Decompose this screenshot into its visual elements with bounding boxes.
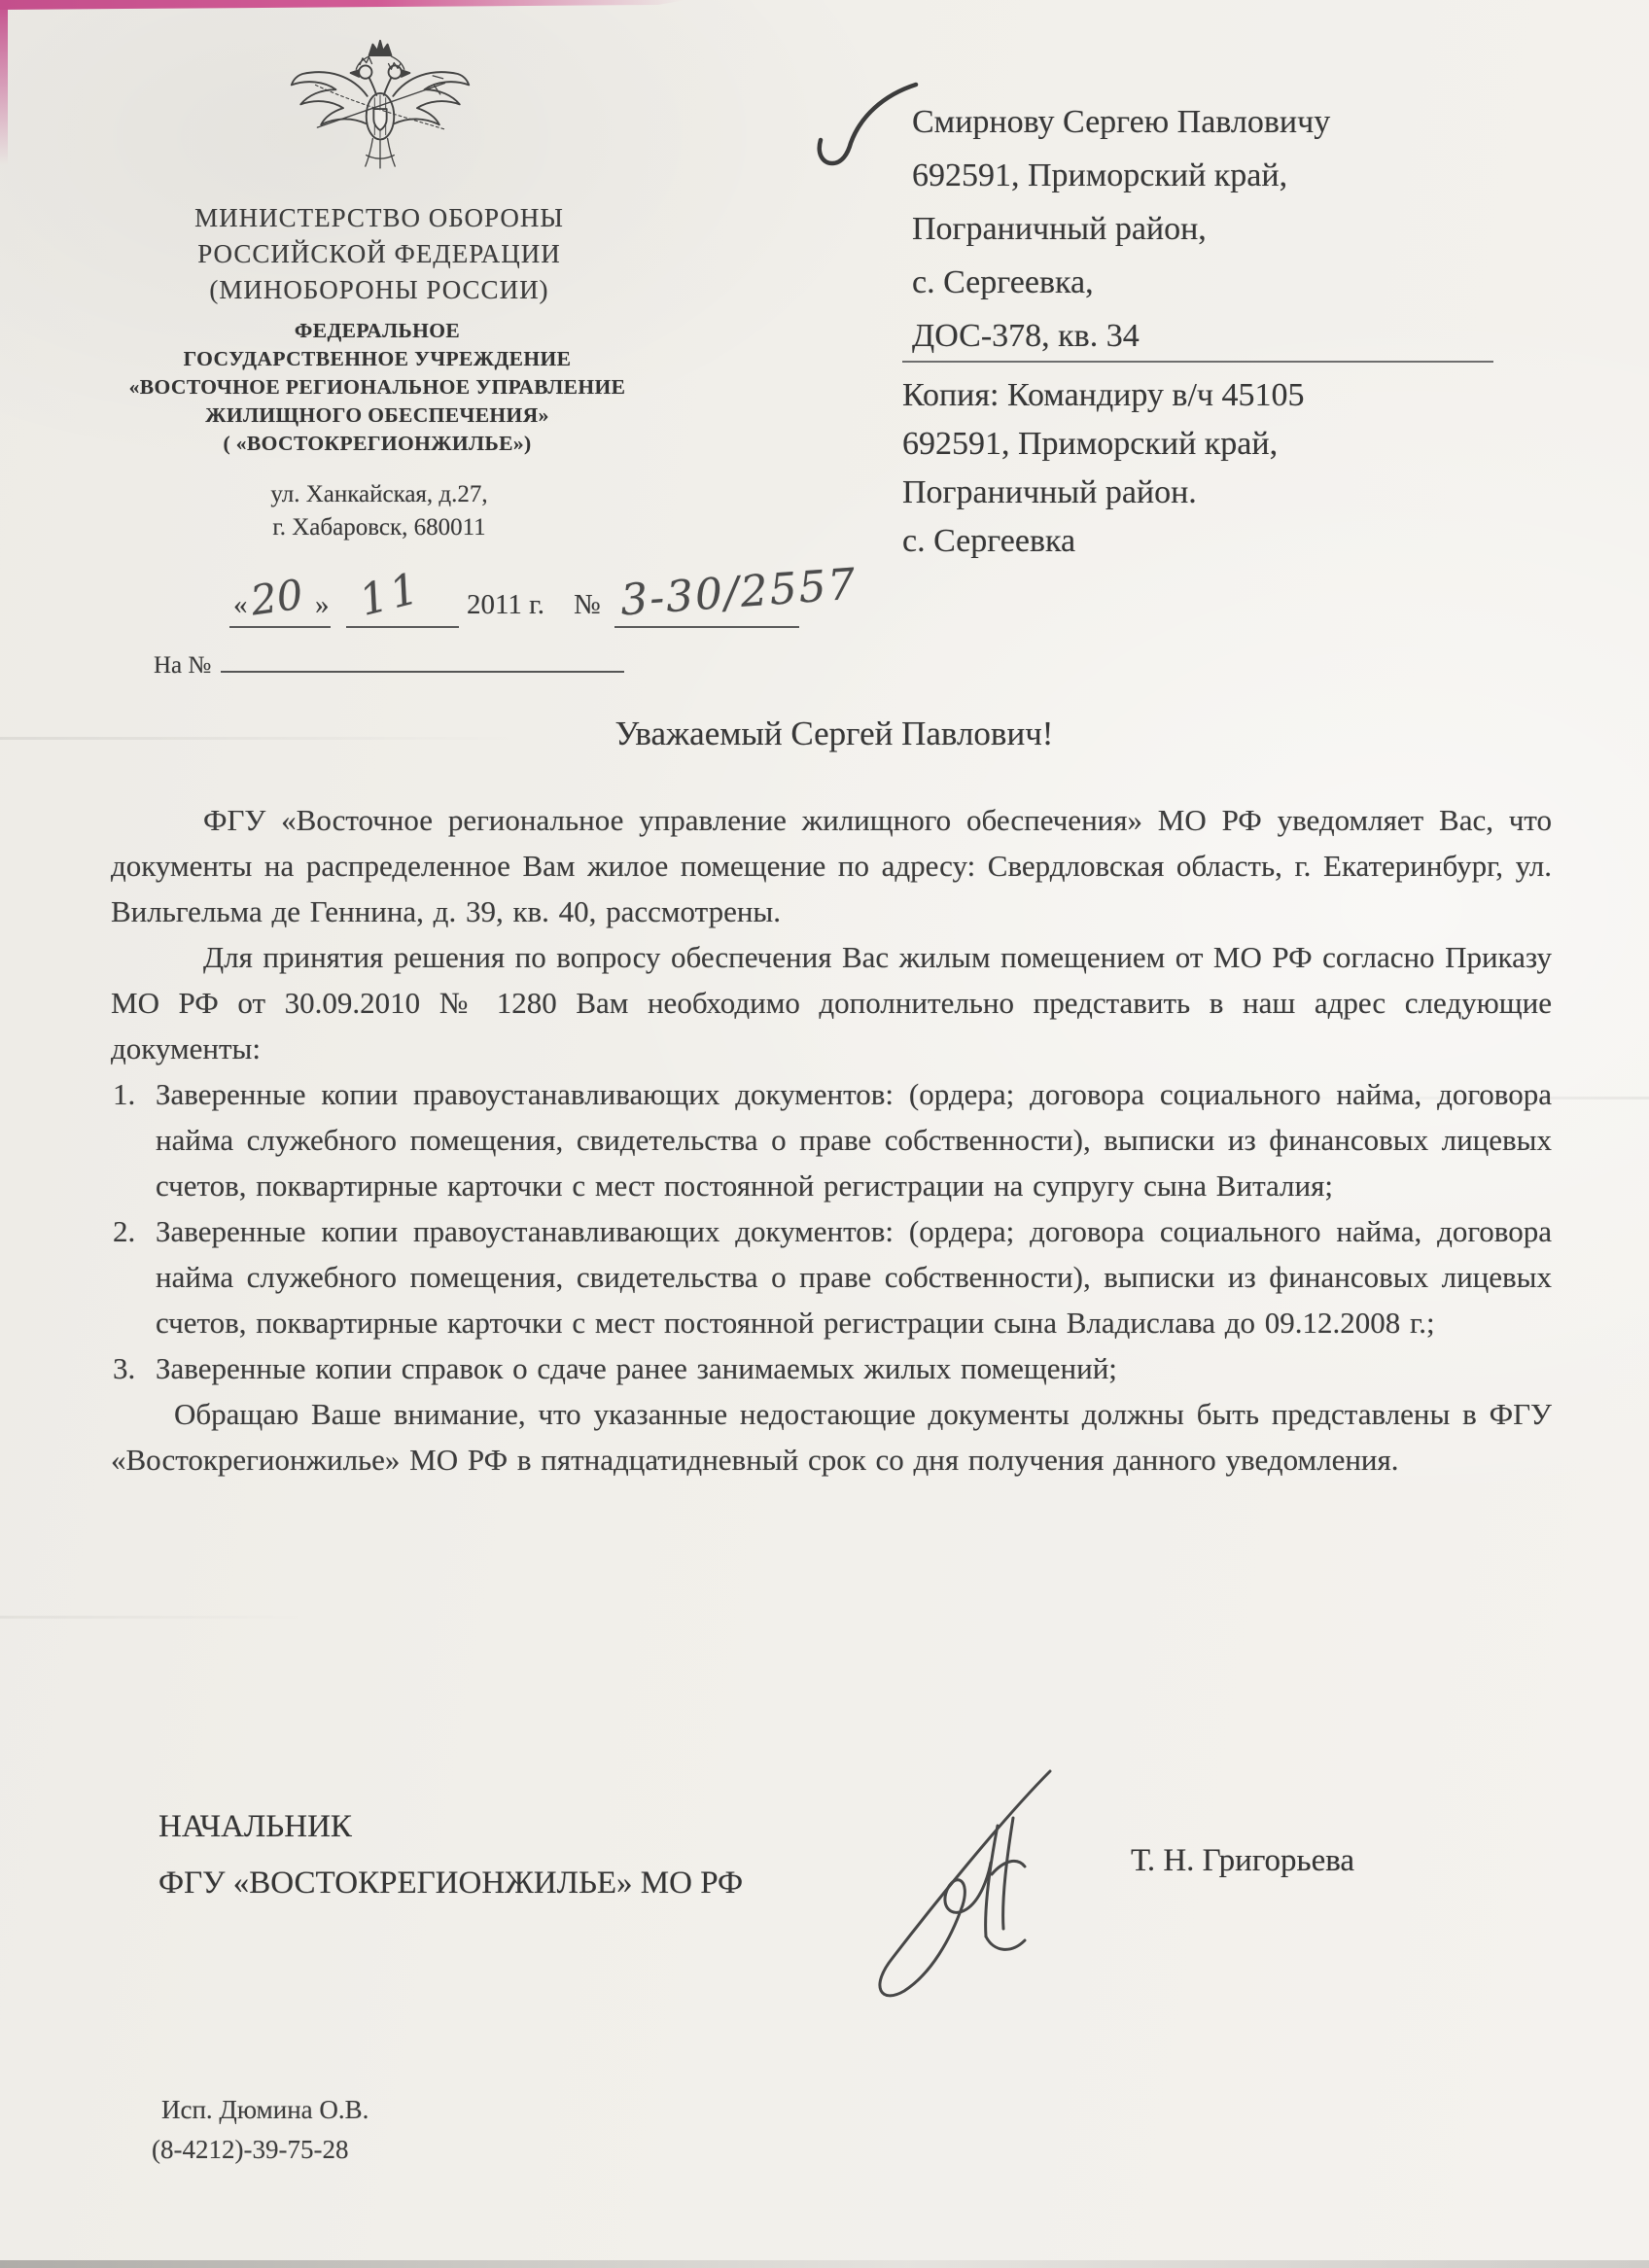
list-item: 2. Заверенные копии правоустанавливающих… <box>111 1208 1552 1345</box>
handwritten-signature <box>799 1762 1120 2024</box>
body-paragraph-1: ФГУ «Восточное региональное управление ж… <box>111 797 1552 934</box>
copy-line: Пограничный район. <box>902 469 1305 517</box>
ministry-line: РОССИЙСКОЙ ФЕДЕРАЦИИ <box>97 236 661 272</box>
copy-separator-line <box>902 361 1493 363</box>
org-line: ( «ВОСТОКРЕГИОНЖИЛЬЕ») <box>76 430 679 458</box>
scan-edge-left <box>0 0 8 165</box>
scan-edge-bottom <box>0 2260 1649 2268</box>
signatory-title-line: НАЧАЛЬНИК <box>158 1798 743 1855</box>
mod-eagle-emblem-icon <box>288 37 473 185</box>
salutation: Уважаемый Сергей Павлович! <box>0 715 1649 753</box>
year-label: 2011 г. <box>467 589 544 621</box>
recipient-line: 692591, Приморский край, <box>912 149 1330 202</box>
reference-blank-line <box>221 647 624 673</box>
scan-edge-top <box>0 0 685 10</box>
executor-phone: (8-4212)-39-75-28 <box>152 2130 368 2170</box>
body-closing-paragraph: Обращаю Ваше внимание, что указанные нед… <box>111 1391 1552 1483</box>
day-quote-open: « <box>233 589 248 621</box>
day-underline <box>229 626 331 628</box>
organization-name-block: ФЕДЕРАЛЬНОЕ ГОСУДАРСТВЕННОЕ УЧРЕЖДЕНИЕ «… <box>76 317 679 458</box>
copy-recipient-block: Копия: Командиру в/ч 45105 692591, Примо… <box>902 371 1305 566</box>
ministry-name-block: МИНИСТЕРСТВО ОБОРОНЫ РОССИЙСКОЙ ФЕДЕРАЦИ… <box>97 200 661 308</box>
sender-address-line: г. Хабаровск, 680011 <box>97 511 661 544</box>
signatory-title-block: НАЧАЛЬНИК ФГУ «ВОСТОКРЕГИОНЖИЛЬЕ» МО РФ <box>158 1798 743 1911</box>
list-item-text: Заверенные копии правоустанавливающих до… <box>156 1214 1552 1340</box>
list-item-number: 3. <box>113 1345 135 1391</box>
paper-crease <box>0 1616 311 1619</box>
list-item-text: Заверенные копии правоустанавливающих до… <box>156 1077 1552 1203</box>
handwritten-check-icon <box>813 82 922 191</box>
org-line: ГОСУДАРСТВЕННОЕ УЧРЕЖДЕНИЕ <box>76 345 679 373</box>
signatory-title-line: ФГУ «ВОСТОКРЕГИОНЖИЛЬЕ» МО РФ <box>158 1855 743 1911</box>
list-item-text: Заверенные копии справок о сдаче ранее з… <box>156 1351 1117 1385</box>
ministry-line: МИНИСТЕРСТВО ОБОРОНЫ <box>97 200 661 236</box>
number-underline <box>614 626 799 628</box>
date-and-number-row: « 20 » 11 2011 г. № 3-30/2557 <box>212 576 912 638</box>
sender-address-block: ул. Ханкайская, д.27, г. Хабаровск, 6800… <box>97 478 661 544</box>
org-line: ФЕДЕРАЛЬНОЕ <box>76 317 679 345</box>
handwritten-outgoing-number: 3-30/2557 <box>619 560 860 626</box>
month-underline <box>346 626 459 628</box>
reference-label: На № <box>154 652 211 679</box>
list-item-number: 1. <box>113 1071 135 1117</box>
sender-address-line: ул. Ханкайская, д.27, <box>97 478 661 511</box>
handwritten-day: 20 <box>248 571 306 625</box>
handwritten-month: 11 <box>355 563 427 626</box>
recipient-line: с. Сергеевка, <box>912 256 1330 309</box>
org-line: «ВОСТОЧНОЕ РЕГИОНАЛЬНОЕ УПРАВЛЕНИЕ <box>76 373 679 401</box>
copy-line: Копия: Командиру в/ч 45105 <box>902 371 1305 420</box>
list-item: 3. Заверенные копии справок о сдаче ране… <box>111 1345 1552 1391</box>
ministry-line: (МИНОБОРОНЫ РОССИИ) <box>97 272 661 308</box>
recipient-line: Смирнову Сергею Павловичу <box>912 95 1330 149</box>
executor-footer: Исп. Дюмина О.В. (8-4212)-39-75-28 <box>152 2090 368 2170</box>
letter-body: ФГУ «Восточное региональное управление ж… <box>111 797 1552 1483</box>
reference-number-row: На № <box>154 647 624 680</box>
scanned-letter-page: МИНИСТЕРСТВО ОБОРОНЫ РОССИЙСКОЙ ФЕДЕРАЦИ… <box>0 0 1649 2268</box>
list-item: 1. Заверенные копии правоустанавливающих… <box>111 1071 1552 1208</box>
number-label: № <box>574 589 601 621</box>
recipient-line: Пограничный район, <box>912 202 1330 256</box>
list-item-number: 2. <box>113 1208 135 1254</box>
executor-name: Исп. Дюмина О.В. <box>161 2090 368 2130</box>
org-line: ЖИЛИЩНОГО ОБЕСПЕЧЕНИЯ» <box>76 401 679 430</box>
day-quote-close: » <box>315 589 330 621</box>
copy-line: 692591, Приморский край, <box>902 420 1305 469</box>
copy-line: с. Сергеевка <box>902 517 1305 566</box>
signatory-name: Т. Н. Григорьева <box>1131 1843 1354 1879</box>
body-paragraph-2: Для принятия решения по вопросу обеспече… <box>111 934 1552 1071</box>
recipient-line: ДОС-378, кв. 34 <box>912 309 1330 363</box>
recipient-address-block: Смирнову Сергею Павловичу 692591, Примор… <box>912 95 1330 363</box>
